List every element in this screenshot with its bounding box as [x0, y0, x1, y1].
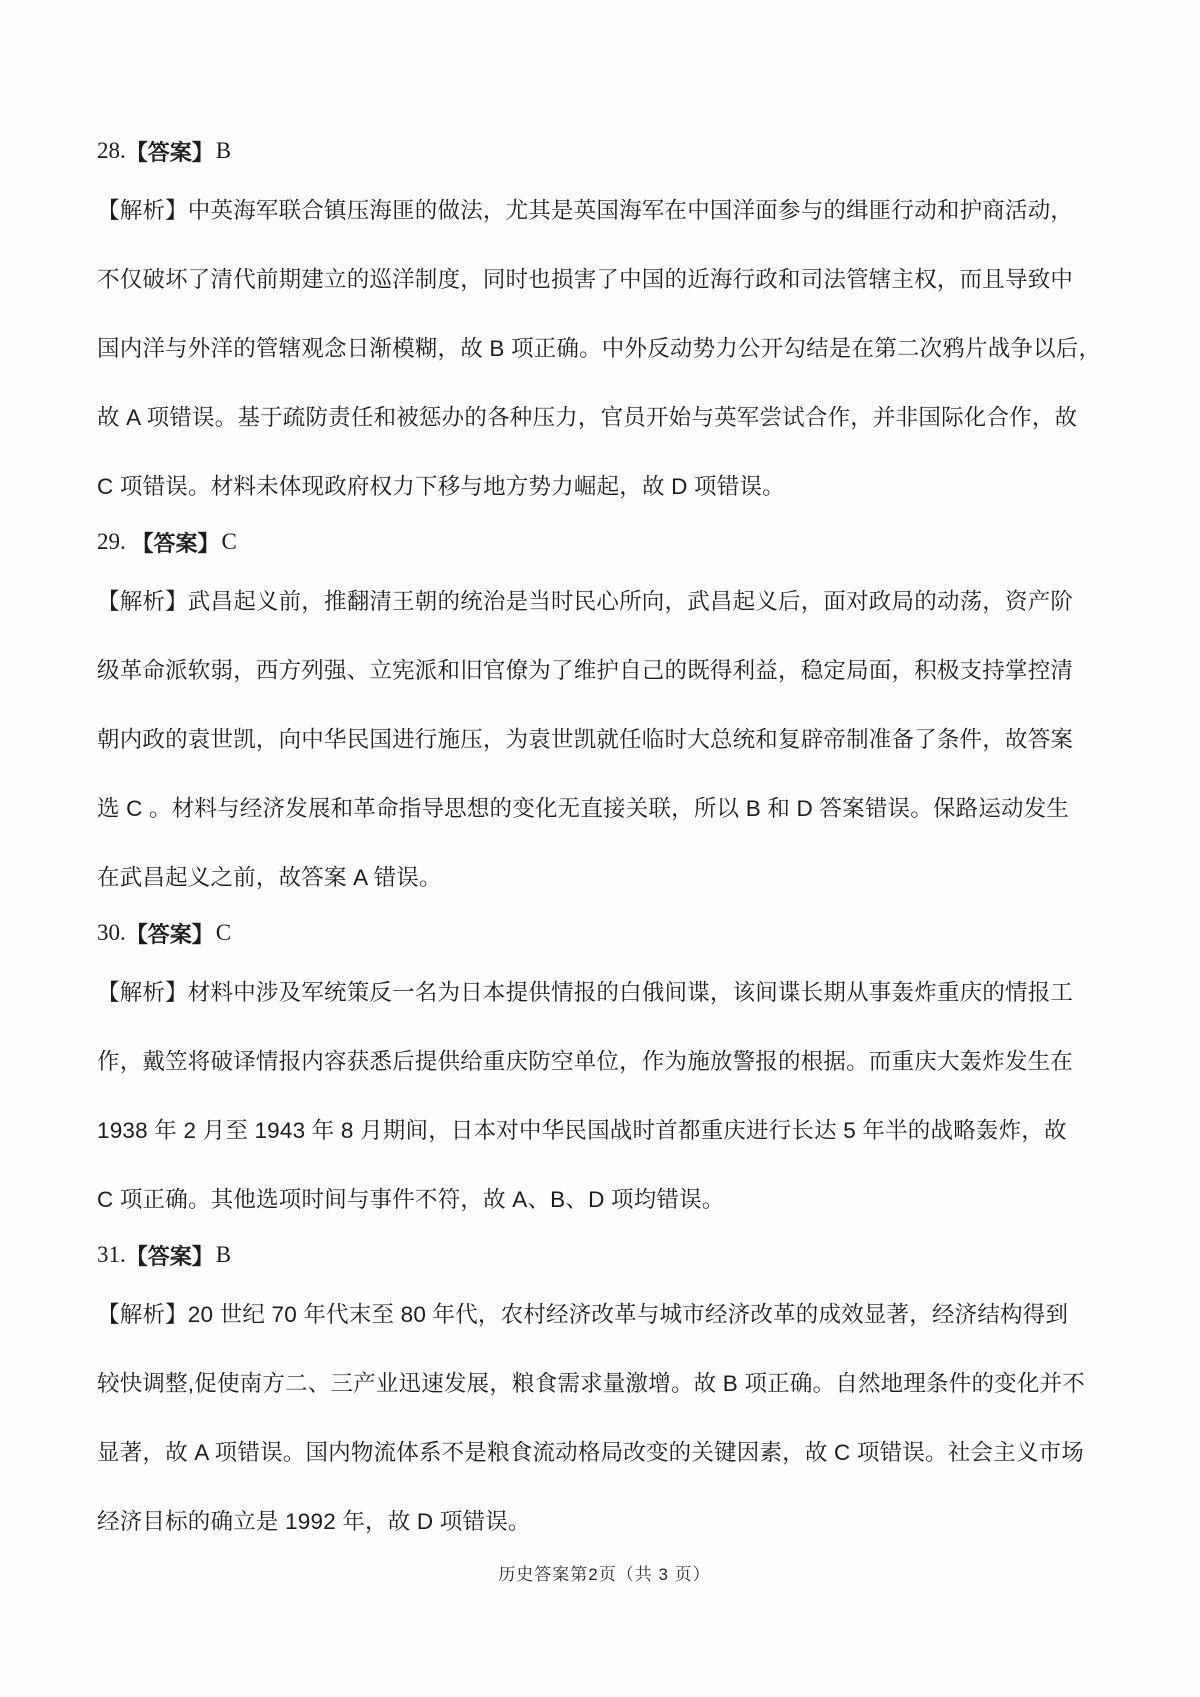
page-footer: 历史答案第2页（共 3 页）	[97, 1560, 1112, 1590]
answer-label: 【答案】	[126, 1240, 214, 1271]
answer-sheet-page: 28.【答案】B 【解析】中英海军联合镇压海匪的做法，尤其是英国海军在中国洋面参…	[0, 0, 1200, 1697]
analysis-line: 级革命派软弱，西方列强、立宪派和旧官僚为了维护自己的既得利益，稳定局面，积极支持…	[97, 634, 1112, 703]
answer-letter: C	[216, 920, 231, 946]
analysis-line: 选 C 。材料与经济发展和革命指导思想的变化无直接关联，所以 B 和 D 答案错…	[97, 772, 1112, 841]
analysis-line: 在武昌起义之前，故答案 A 错误。	[97, 841, 1112, 910]
analysis-line: 【解析】20 世纪 70 年代末至 80 年代，农村经济改革与城市经济改革的成效…	[97, 1278, 1112, 1347]
analysis-line: 故 A 项错误。基于疏防责任和被惩办的各种压力，官员开始与英军尝试合作，并非国际…	[97, 381, 1112, 450]
analysis-line: 朝内政的袁世凯，向中华民国进行施压，为袁世凯就任临时大总统和复辟帝制准备了条件，…	[97, 703, 1112, 772]
analysis-line: 1938 年 2 月至 1943 年 8 月期间，日本对中华民国战时首都重庆进行…	[97, 1094, 1112, 1163]
answer-label: 【答案】	[132, 527, 220, 558]
answer-header-31: 31.【答案】B	[97, 1232, 1112, 1278]
question-number: 28.	[97, 138, 126, 164]
answer-item-28: 28.【答案】B 【解析】中英海军联合镇压海匪的做法，尤其是英国海军在中国洋面参…	[97, 128, 1112, 519]
answer-letter: B	[216, 138, 231, 164]
answer-letter: C	[222, 529, 237, 555]
answer-letter: B	[216, 1242, 231, 1268]
analysis-line: 作，戴笠将破译情报内容获悉后提供给重庆防空单位，作为施放警报的根据。而重庆大轰炸…	[97, 1025, 1112, 1094]
analysis-line: 【解析】中英海军联合镇压海匪的做法，尤其是英国海军在中国洋面参与的缉匪行动和护商…	[97, 174, 1112, 243]
analysis-line: 【解析】材料中涉及军统策反一名为日本提供情报的白俄间谍，该间谍长期从事轰炸重庆的…	[97, 956, 1112, 1025]
answer-header-29: 29. 【答案】C	[97, 519, 1112, 565]
question-number: 30.	[97, 920, 126, 946]
analysis-line: C 项正确。其他选项时间与事件不符，故 A、B、D 项均错误。	[97, 1163, 1112, 1232]
question-number: 29.	[97, 529, 132, 555]
question-number: 31.	[97, 1242, 126, 1268]
analysis-line: 较快调整,促使南方二、三产业迅速发展，粮食需求量激增。故 B 项正确。自然地理条…	[97, 1347, 1112, 1416]
analysis-line: 国内洋与外洋的管辖观念日渐模糊，故 B 项正确。中外反动势力公开勾结是在第二次鸦…	[97, 312, 1112, 381]
answer-label: 【答案】	[126, 918, 214, 949]
analysis-line: 经济目标的确立是 1992 年，故 D 项错误。	[97, 1485, 1112, 1554]
answer-header-28: 28.【答案】B	[97, 128, 1112, 174]
analysis-line: 显著，故 A 项错误。国内物流体系不是粮食流动格局改变的关键因素，故 C 项错误…	[97, 1416, 1112, 1485]
answer-item-29: 29. 【答案】C 【解析】武昌起义前，推翻清王朝的统治是当时民心所向，武昌起义…	[97, 519, 1112, 910]
answer-header-30: 30.【答案】C	[97, 910, 1112, 956]
answer-item-30: 30.【答案】C 【解析】材料中涉及军统策反一名为日本提供情报的白俄间谍，该间谍…	[97, 910, 1112, 1232]
analysis-line: 不仅破坏了清代前期建立的巡洋制度，同时也损害了中国的近海行政和司法管辖主权，而且…	[97, 243, 1112, 312]
analysis-line: 【解析】武昌起义前，推翻清王朝的统治是当时民心所向，武昌起义后，面对政局的动荡，…	[97, 565, 1112, 634]
answer-label: 【答案】	[126, 136, 214, 167]
answer-item-31: 31.【答案】B 【解析】20 世纪 70 年代末至 80 年代，农村经济改革与…	[97, 1232, 1112, 1554]
analysis-line: C 项错误。材料未体现政府权力下移与地方势力崛起，故 D 项错误。	[97, 450, 1112, 519]
